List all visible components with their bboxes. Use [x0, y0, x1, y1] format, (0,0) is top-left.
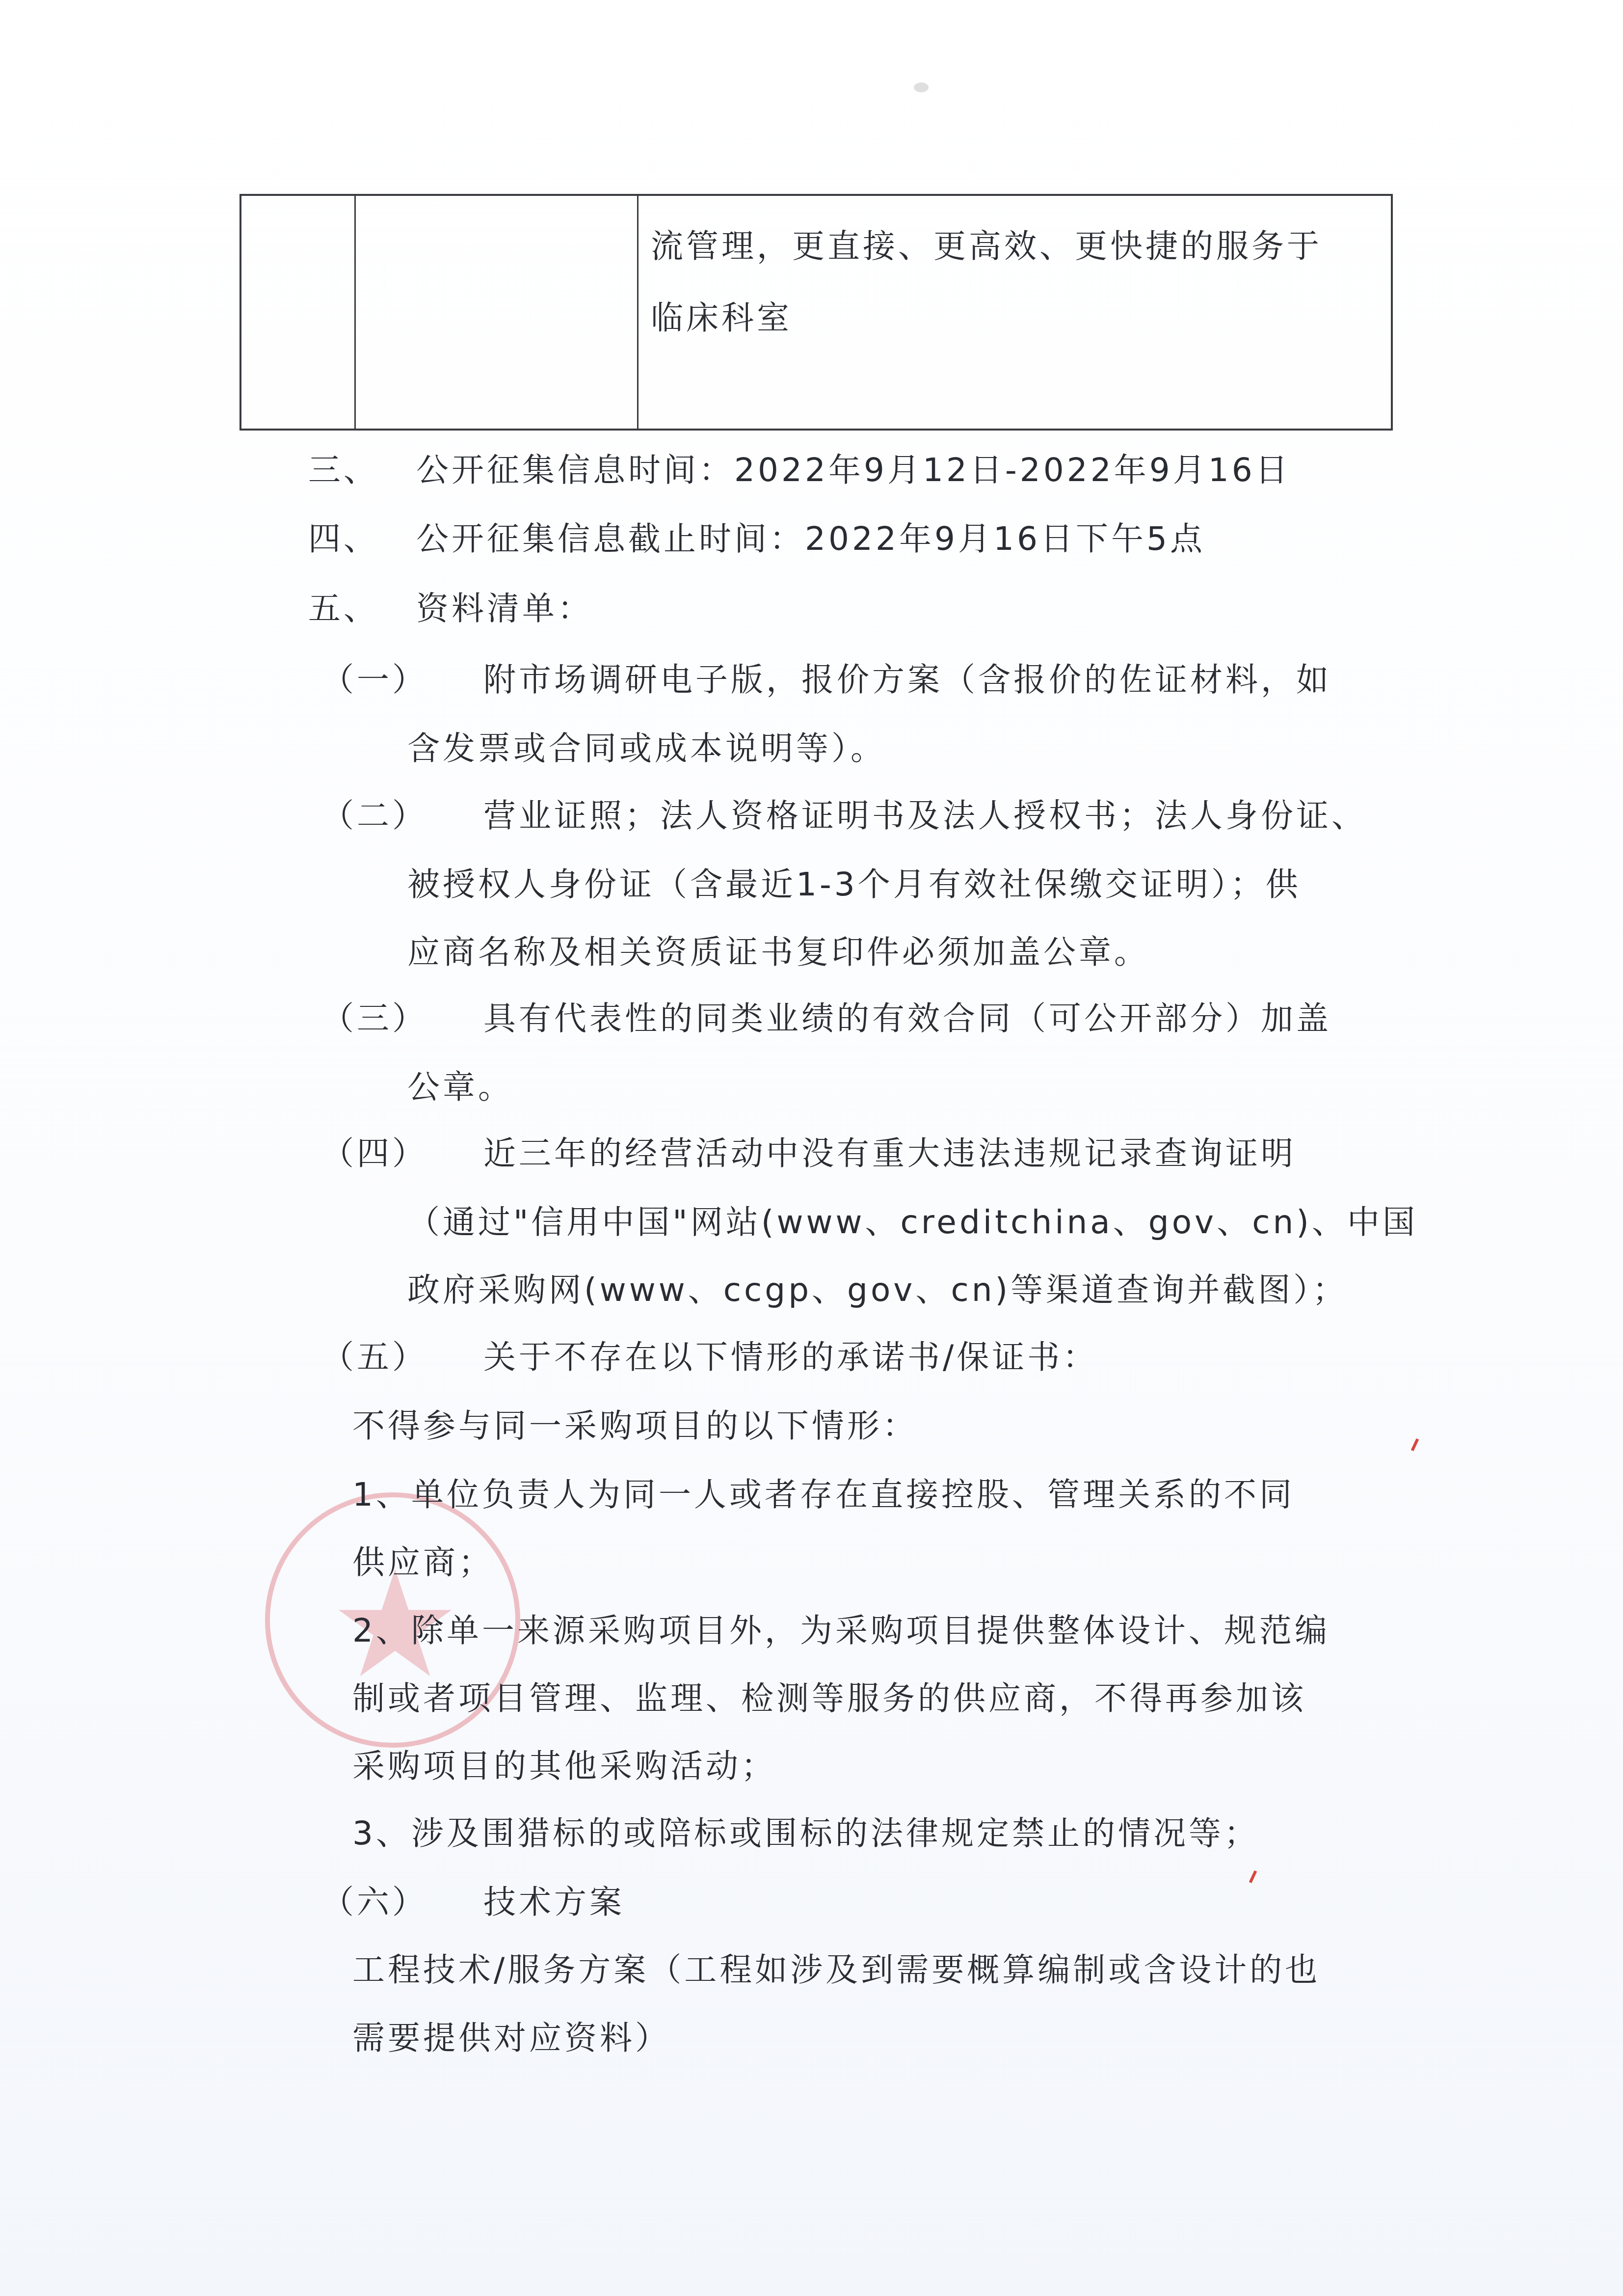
- section-text: 公开征集信息截止时间：2022年9月16日下午5点: [416, 520, 1205, 558]
- item-number: （六）: [321, 1883, 483, 1922]
- item-number: （一）: [321, 660, 483, 700]
- cell-line: 临床科室: [651, 282, 1377, 354]
- section-text: 资料清单：: [416, 590, 593, 627]
- item-title: 技术方案: [483, 1883, 625, 1921]
- item-6: （六）技术方案: [321, 1883, 625, 1922]
- item-5: （五）关于不存在以下情形的承诺书/保证书：: [321, 1338, 1098, 1377]
- conditions-intro: 不得参与同一采购项目的以下情形：: [352, 1406, 918, 1446]
- item-text: 具有代表性的同类业绩的有效合同（可公开部分）加盖: [483, 999, 1331, 1037]
- item-text: 近三年的经营活动中没有重大违法违规记录查询证明: [483, 1134, 1296, 1172]
- item-text: （通过"信用中国"网站(www、creditchina、gov、cn)、中国: [407, 1203, 1418, 1242]
- item-1: （一）附市场调研电子版，报价方案（含报价的佐证材料，如: [321, 660, 1331, 700]
- condition-1-cont: 供应商；: [352, 1543, 494, 1582]
- section-number: 三、: [308, 451, 416, 490]
- item-2: （二）营业证照；法人资格证明书及法人授权书；法人身份证、: [321, 796, 1367, 836]
- item-text: 关于不存在以下情形的承诺书/保证书：: [483, 1338, 1098, 1376]
- cell-line: 流管理，更直接、更高效、更快捷的服务于: [651, 211, 1377, 282]
- section-3: 三、公开征集信息时间：2022年9月12日-2022年9月16日: [308, 451, 1291, 490]
- item-text: 被授权人身份证（含最近1-3个月有效社保缴交证明）；供: [407, 865, 1301, 904]
- item-number: （四）: [321, 1134, 483, 1173]
- item-text: 需要提供对应资料）: [352, 2019, 670, 2058]
- item-number: （五）: [321, 1338, 483, 1377]
- condition-2: 2、除单一来源采购项目外，为采购项目提供整体设计、规范编: [352, 1611, 1330, 1650]
- scan-smudge: [914, 82, 929, 92]
- item-4: （四）近三年的经营活动中没有重大违法违规记录查询证明: [321, 1134, 1296, 1173]
- item-text: 工程技术/服务方案（工程如涉及到需要概算编制或含设计的也: [352, 1950, 1320, 1990]
- item-number: （二）: [321, 796, 483, 836]
- item-text: 应商名称及相关资质证书复印件必须加盖公章。: [407, 933, 1149, 972]
- condition-1: 1、单位负责人为同一人或者存在直接控股、管理关系的不同: [352, 1475, 1295, 1514]
- table-fragment: 流管理，更直接、更高效、更快捷的服务于 临床科室: [239, 194, 1393, 431]
- condition-2-cont: 采购项目的其他采购活动；: [352, 1747, 776, 1786]
- item-text: 附市场调研电子版，报价方案（含报价的佐证材料，如: [483, 661, 1331, 699]
- section-number: 五、: [308, 589, 416, 628]
- item-text: 营业证照；法人资格证明书及法人授权书；法人身份证、: [483, 797, 1367, 835]
- section-text: 公开征集信息时间：2022年9月12日-2022年9月16日: [416, 451, 1291, 489]
- section-5: 五、资料清单：: [308, 589, 593, 628]
- item-text: 政府采购网(www、ccgp、gov、cn)等渠道查询并截图）；: [407, 1270, 1348, 1310]
- item-3: （三）具有代表性的同类业绩的有效合同（可公开部分）加盖: [321, 999, 1331, 1038]
- table-column-divider: [637, 196, 639, 429]
- condition-2-cont: 制或者项目管理、监理、检测等服务的供应商，不得再参加该: [352, 1679, 1306, 1718]
- item-number: （三）: [321, 999, 483, 1038]
- section-number: 四、: [308, 519, 416, 559]
- condition-3: 3、涉及围猎标的或陪标或围标的法律规定禁止的情况等；: [352, 1814, 1259, 1853]
- table-column-divider: [354, 196, 356, 429]
- section-4: 四、公开征集信息截止时间：2022年9月16日下午5点: [308, 519, 1205, 559]
- item-text: 含发票或合同或成本说明等）。: [407, 729, 886, 768]
- table-cell-text: 流管理，更直接、更高效、更快捷的服务于 临床科室: [651, 211, 1377, 354]
- item-text: 公章。: [407, 1068, 513, 1107]
